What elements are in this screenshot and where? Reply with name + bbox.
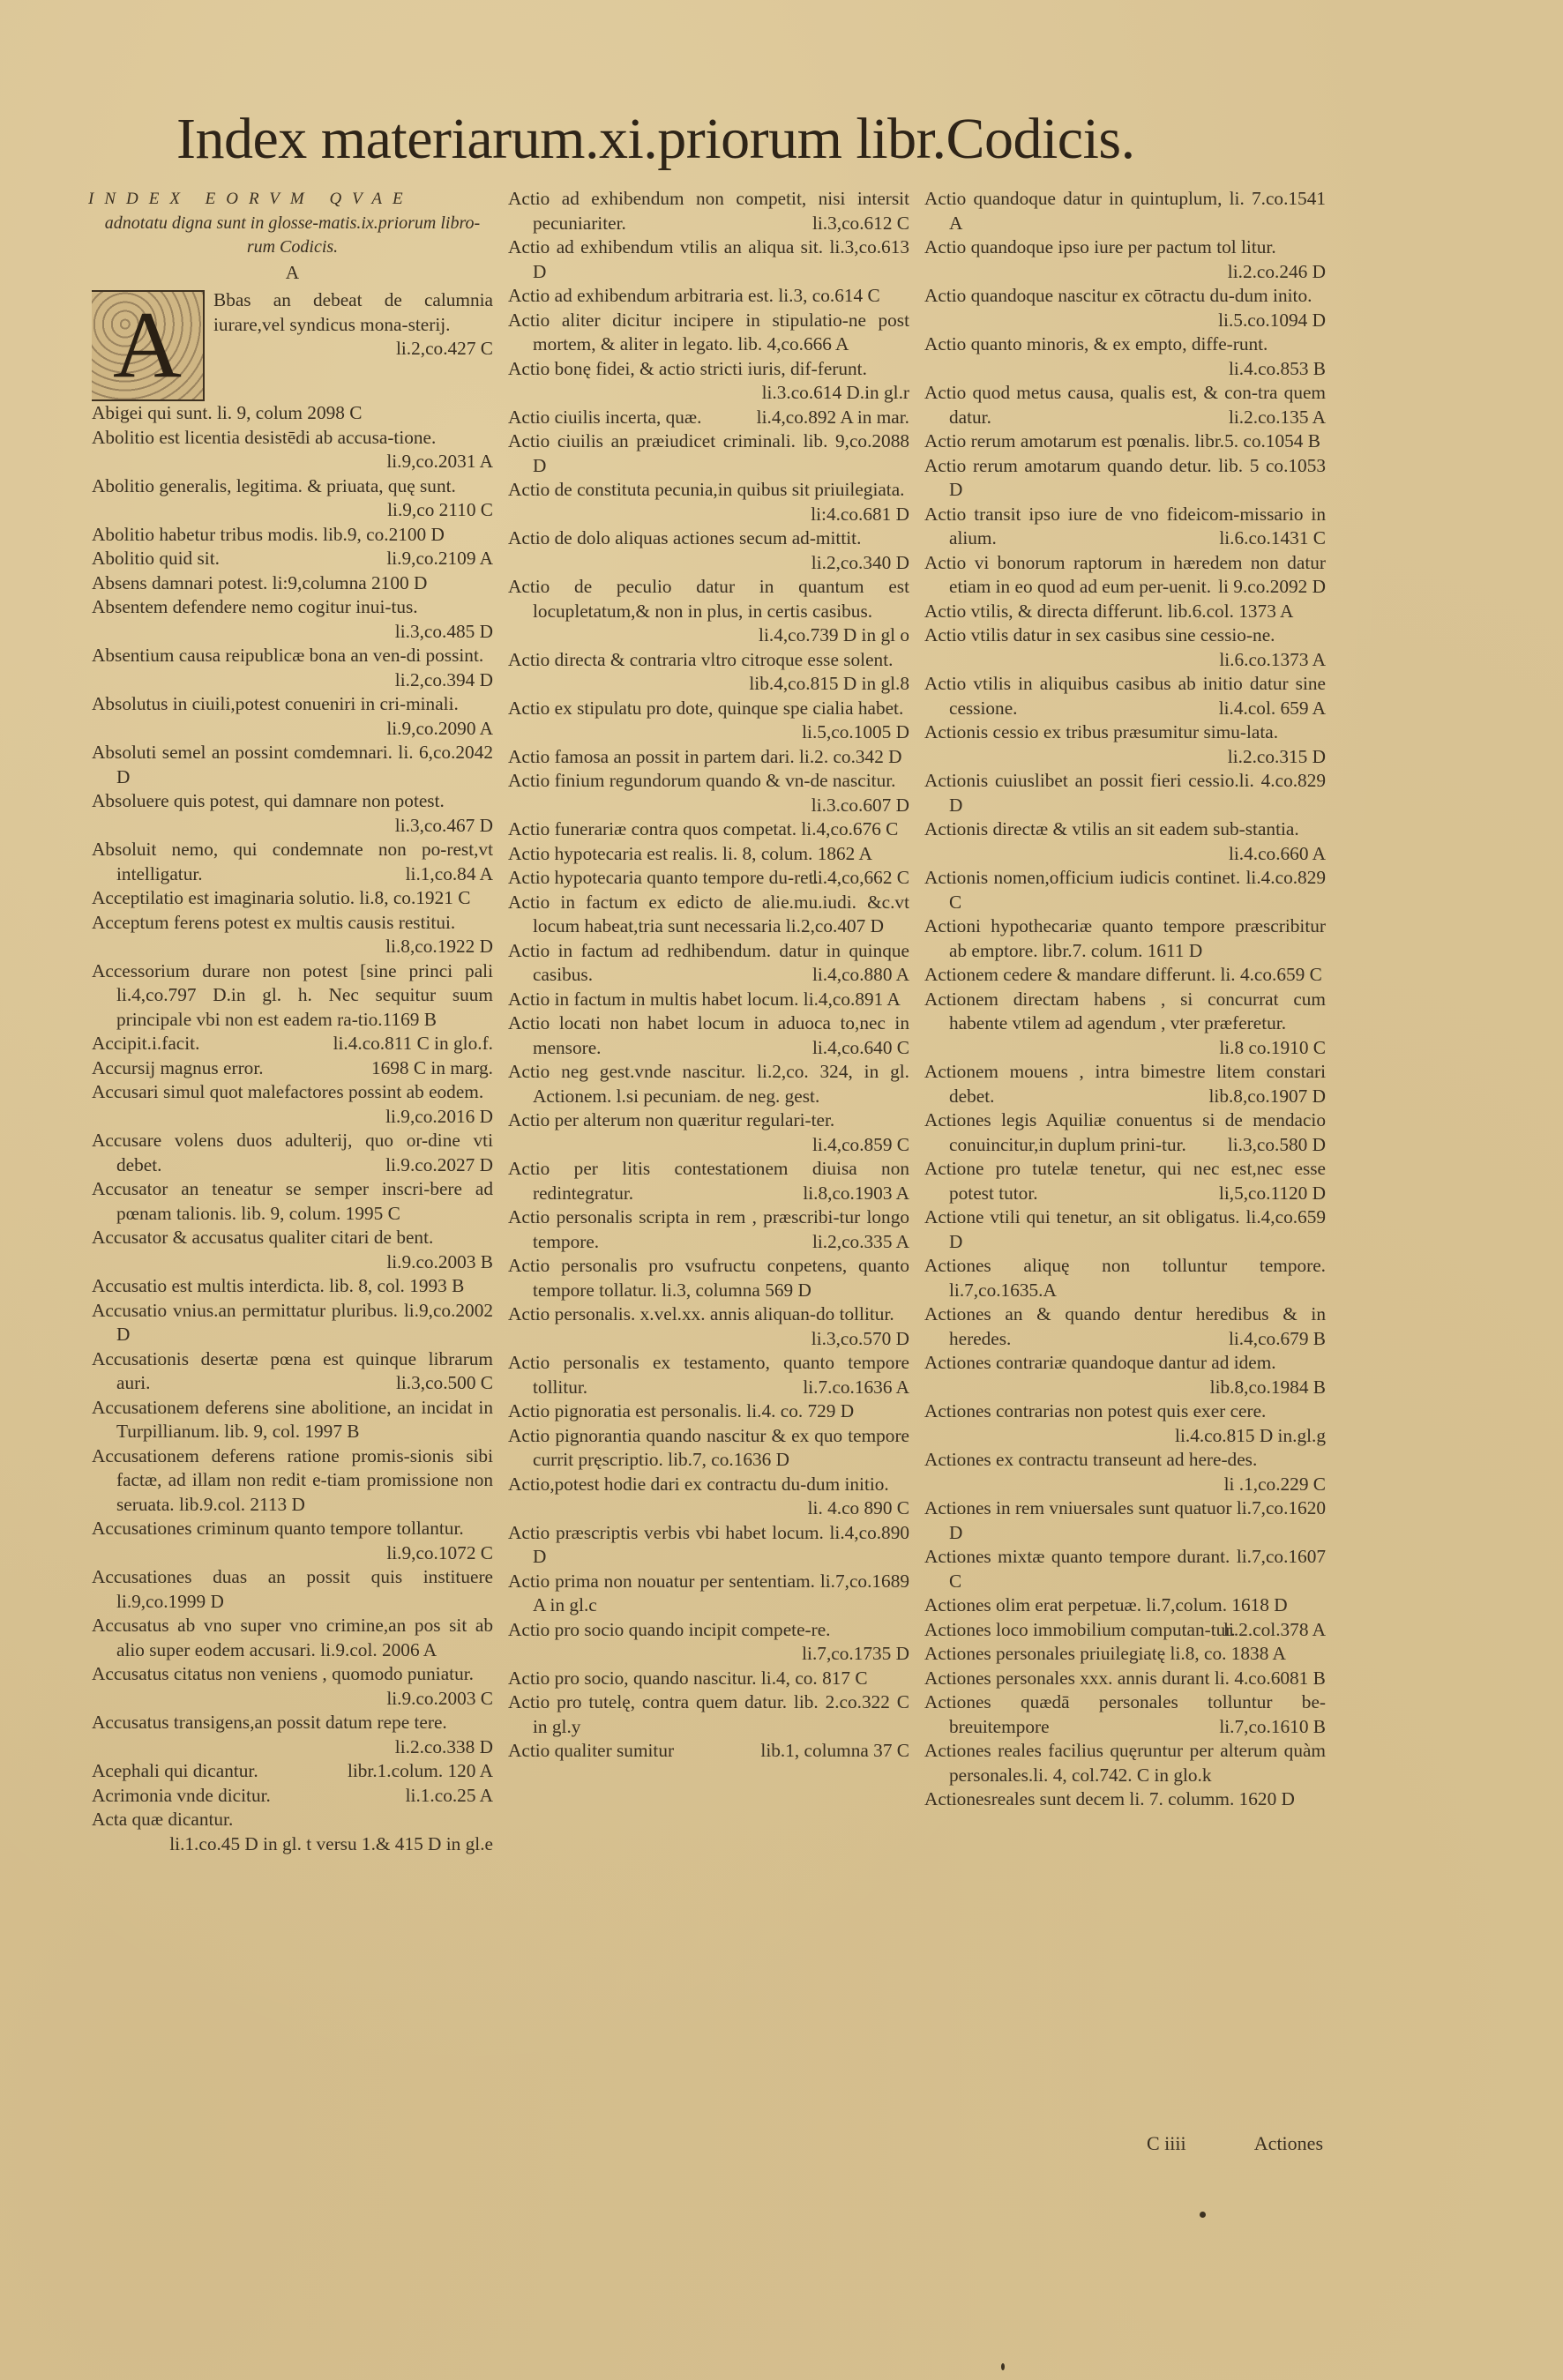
index-entry: Actiones loco immobilium computan-tur. l… xyxy=(924,1618,1326,1643)
index-entry: Actio in factum in multis habet locum. l… xyxy=(508,988,909,1012)
entry-reference: li.3.co.607 D xyxy=(836,794,909,818)
entry-text: Actiones reales facilius quęruntur per a… xyxy=(924,1740,1326,1786)
index-entry: Actio personalis. x.vel.xx. annis aliqua… xyxy=(508,1302,909,1351)
entry-list: Abolitio est licentia desistēdi ab accus… xyxy=(92,426,493,1857)
index-entry: Accusatus citatus non veniens , quomodo … xyxy=(92,1662,493,1711)
index-entry: Actio personalis scripta in rem , præscr… xyxy=(508,1205,909,1254)
entry-text: Actiones personales xxx. annis durant li… xyxy=(924,1667,1326,1689)
index-entry: Accusari simul quot malefactores possint… xyxy=(92,1080,493,1129)
entry-text: Actio rerum amotarum quando detur. lib. … xyxy=(924,455,1326,501)
entry-reference: li.4,co.640 C xyxy=(837,1036,909,1061)
entry-text: Actiones ex contractu transeunt ad here-… xyxy=(924,1449,1257,1470)
entry-text: Actio quanto minoris, & ex empto, diffe-… xyxy=(924,333,1268,354)
entry-text: Absolutus in ciuili,potest conueniri in … xyxy=(92,693,459,714)
index-entry: Actionesreales sunt decem li. 7. columm.… xyxy=(924,1787,1326,1812)
entry-text: Actio quandoque datur in quintuplum, li.… xyxy=(924,188,1326,234)
entry-text: Actioni hypothecariæ quanto tempore præs… xyxy=(924,915,1326,961)
index-entry: Actio ex stipulatu pro dote, quinque spe… xyxy=(508,697,909,745)
index-entry: Absentium causa reipublicæ bona an ven-d… xyxy=(92,644,493,692)
index-column-3: Actio quandoque datur in quintuplum, li.… xyxy=(924,187,1326,1812)
entry-text: Actio ad exhibendum vtilis an aliqua sit… xyxy=(508,236,909,282)
entry-reference: li.4,co.880 A xyxy=(837,963,909,988)
decorated-initial-icon: A xyxy=(92,290,205,401)
entry-text: Actio ad exhibendum arbitraria est. li.3… xyxy=(508,285,880,306)
entry-text: Abolitio quid sit. xyxy=(92,548,220,569)
entry-reference: li.7,co.1610 B xyxy=(1244,1715,1326,1740)
entry-text: Accipit.i.facit. xyxy=(92,1033,199,1054)
entry-reference: li.4.co.853 B xyxy=(1253,357,1326,382)
entry-text: Actionis cessio ex tribus præsumitur sim… xyxy=(924,721,1278,742)
entry-text: Accursij magnus error. xyxy=(92,1057,264,1078)
entry-text: Accusatio vnius.an permittatur pluribus.… xyxy=(92,1300,493,1346)
entry-reference: li.3,co.467 D xyxy=(420,814,493,839)
entry-reference: li.4.co.811 C in glo.f. xyxy=(358,1032,493,1056)
entry-text: Actio qualiter sumitur xyxy=(508,1740,674,1761)
index-entry: Accusationem deferens sine abolitione, a… xyxy=(92,1396,493,1444)
entry-reference: li .1,co.229 C xyxy=(1249,1473,1326,1497)
index-entry: Actiones ex contractu transeunt ad here-… xyxy=(924,1448,1326,1496)
entry-text: Accusator an teneatur se semper inscri-b… xyxy=(92,1178,493,1224)
entry-text: Actio pro socio, quando nascitur. li.4, … xyxy=(508,1667,868,1689)
entry-text: Actiones personales priuilegiatę li.8, c… xyxy=(924,1643,1286,1664)
entry-reference: li.2.co.315 D xyxy=(1253,745,1326,770)
index-entry: Actio ad exhibendum vtilis an aliqua sit… xyxy=(508,235,909,284)
heading-caps: INDEX EORVM QVAE xyxy=(88,187,493,212)
index-entry: Absoluit nemo, qui condemnate non po-res… xyxy=(92,838,493,886)
index-entry: Actio de dolo aliquas actiones secum ad-… xyxy=(508,526,909,575)
entry-reference: li.7.co.1636 A xyxy=(827,1376,909,1400)
entry-reference: li.3,co.500 C xyxy=(421,1371,493,1396)
entry-reference: li.9,co.2031 A xyxy=(411,450,493,474)
entry-text: Acceptilatio est imaginaria solutio. li.… xyxy=(92,887,470,908)
index-entry: Actiones in rem vniuersales sunt quatuor… xyxy=(924,1496,1326,1545)
entry-text: Actio bonę fidei, & actio stricti iuris,… xyxy=(508,358,867,379)
entry-text: Acrimonia vnde dicitur. xyxy=(92,1785,271,1806)
entry-text: Actiones olim erat perpetuæ. li.7,colum.… xyxy=(924,1594,1288,1615)
index-entry: Acephali qui dicantur. libr.1.colum. 120… xyxy=(92,1759,493,1784)
entry-text: Actio rerum amotarum est pœnalis. libr.5… xyxy=(924,430,1320,451)
entry-reference: li.3,co.580 D xyxy=(1253,1133,1326,1158)
entry-reference: li.9,co 2110 C xyxy=(412,498,493,523)
entry-reference: li. 4.co 890 C xyxy=(833,1496,909,1521)
index-entry: Accusatus ab vno super vno crimine,an po… xyxy=(92,1614,493,1662)
index-entry: Actio de constituta pecunia,in quibus si… xyxy=(508,478,909,526)
entry-text: Accusationes criminum quanto tempore tol… xyxy=(92,1518,464,1539)
entry-reference: li.2.co.246 D xyxy=(1253,260,1326,285)
entry-reference: li.9.co.2003 B xyxy=(411,1250,493,1275)
index-entry: Accessorium durare non potest [sine prin… xyxy=(92,959,493,1033)
entry-text: Accusationes duas an possit quis institu… xyxy=(92,1566,493,1612)
paper-speck xyxy=(1200,2212,1206,2218)
index-entry: Actiones aliquę non tolluntur tempore. l… xyxy=(924,1254,1326,1302)
entry-reference: li.4,co,662 C xyxy=(837,866,909,891)
index-entry: Acrimonia vnde dicitur. li.1.co.25 A xyxy=(92,1784,493,1809)
index-entry: Actio per alterum non quæritur regulari-… xyxy=(508,1108,909,1157)
entry-reference: li.7,co.1735 D xyxy=(826,1642,909,1667)
index-entry: Accusationis desertæ pœna est quinque li… xyxy=(92,1347,493,1396)
index-entry: Actio quandoque ipso iure per pactum tol… xyxy=(924,235,1326,284)
entry-text: Actiones aliquę non tolluntur tempore. l… xyxy=(924,1255,1326,1301)
entry-text: Actio directa & contraria vltro citroque… xyxy=(508,649,893,670)
entry-reference: li.2,co.394 D xyxy=(420,668,493,693)
entry-reference: li.2,co.335 A xyxy=(837,1230,909,1255)
index-entry: Actio vtilis datur in sex casibus sine c… xyxy=(924,623,1326,672)
index-entry: Actione pro tutelæ tenetur, qui nec est,… xyxy=(924,1157,1326,1205)
index-entry: Actio locati non habet locum in aduoca t… xyxy=(508,1011,909,1060)
index-entry: Actio in factum ex edicto de alie.mu.iud… xyxy=(508,891,909,939)
index-entry: Actio bonę fidei, & actio stricti iuris,… xyxy=(508,357,909,406)
index-entry: Actio quod metus causa, qualis est, & co… xyxy=(924,381,1326,429)
entry-reference: li.1.co.45 D in gl. t versu 1.& 415 D in… xyxy=(194,1832,493,1857)
entry-text: Actio famosa an possit in partem dari. l… xyxy=(508,746,902,767)
index-entry: Abolitio est licentia desistēdi ab accus… xyxy=(92,426,493,474)
entry-text: Accessorium durare non potest [sine prin… xyxy=(92,960,493,1030)
index-entry: Accusatus transigens,an possit datum rep… xyxy=(92,1711,493,1759)
entry-text: Accusator & accusatus qualiter citari de… xyxy=(92,1227,433,1248)
entry-text: Actio præscriptis verbis vbi habet locum… xyxy=(508,1522,909,1568)
index-entry: Accusatio est multis interdicta. lib. 8,… xyxy=(92,1274,493,1299)
signature-mark: C iiii xyxy=(1147,2132,1186,2155)
entry-text: Accusari simul quot malefactores possint… xyxy=(92,1081,483,1102)
index-entry: Actio vtilis in aliquibus casibus ab ini… xyxy=(924,672,1326,720)
entry-reference: li.4,co.892 A in mar. xyxy=(781,406,909,430)
entry-text: Actio pignorantia quando nascitur & ex q… xyxy=(508,1425,909,1471)
index-entry: Abolitio habetur tribus modis. lib.9, co… xyxy=(92,523,493,548)
entry-text: Absoluti semel an possint comdemnari. li… xyxy=(92,742,493,787)
entry-reference: li.2.co.338 D xyxy=(420,1735,493,1760)
entry-reference: li.3.co.614 D.in gl.r xyxy=(787,381,909,406)
entry-text: Accusationem deferens sine abolitione, a… xyxy=(92,1397,493,1443)
entry-reference: li.4,co.859 C xyxy=(837,1133,909,1158)
index-entry: Actio aliter dicitur incipere in stipula… xyxy=(508,309,909,357)
index-entry: Abigei qui sunt. li. 9, colum 2098 C xyxy=(92,401,493,426)
entry-text: Accusatio est multis interdicta. lib. 8,… xyxy=(92,1275,464,1296)
index-entry: Actio personalis ex testamento, quanto t… xyxy=(508,1351,909,1399)
index-entry: Accipit.i.facit. li.4.co.811 C in glo.f. xyxy=(92,1032,493,1056)
index-entry: Actiones personales priuilegiatę li.8, c… xyxy=(924,1642,1326,1667)
entry-text: Acceptum ferens potest ex multis causis … xyxy=(92,912,455,933)
entry-text: Actiones in rem vniuersales sunt quatuor… xyxy=(924,1497,1326,1543)
entry-text: Actio vtilis datur in sex casibus sine c… xyxy=(924,624,1275,645)
entry-text: Actionem cedere & mandare differunt. li.… xyxy=(924,964,1322,985)
entry-text: Acta quæ dicantur. xyxy=(92,1809,233,1830)
entry-text: Abolitio habetur tribus modis. lib.9, co… xyxy=(92,524,445,545)
entry-text: Actio hypotecaria quanto tempore du-ret. xyxy=(508,867,819,888)
index-entry: Actio hypotecaria est realis. li. 8, col… xyxy=(508,842,909,867)
index-entry: Actio hypotecaria quanto tempore du-ret.… xyxy=(508,866,909,891)
index-entry: Actionis cuiuslibet an possit fieri cess… xyxy=(924,769,1326,817)
entry-list: Actio quandoque datur in quintuplum, li.… xyxy=(924,187,1326,1812)
index-column-1: INDEX EORVM QVAE adnotatu digna sunt in … xyxy=(92,187,493,1856)
entry-text: Absoluere quis potest, qui damnare non p… xyxy=(92,790,445,811)
index-entry: Actiones an & quando dentur heredibus & … xyxy=(924,1302,1326,1351)
index-entry: Accusatio vnius.an permittatur pluribus.… xyxy=(92,1299,493,1347)
entry-text: Actio de constituta pecunia,in quibus si… xyxy=(508,479,905,500)
index-entry: Abolitio quid sit. li.9,co.2109 A xyxy=(92,547,493,571)
index-entry: Actio pignoratia est personalis. li.4. c… xyxy=(508,1399,909,1424)
index-entry: Actio ciuilis incerta, quæ. li.4,co.892 … xyxy=(508,406,909,430)
index-entry: Absoluti semel an possint comdemnari. li… xyxy=(92,741,493,789)
entry-reference: li.6.co.1431 C xyxy=(1244,526,1326,551)
entry-reference: lib.8,co.1984 B xyxy=(1235,1376,1326,1400)
entry-reference: li.2,co.340 D xyxy=(836,551,909,576)
index-entry: Actiones personales xxx. annis durant li… xyxy=(924,1667,1326,1691)
index-entry: Actio per litis contestationem diuisa no… xyxy=(508,1157,909,1205)
entry-list: Actio ad exhibendum non competit, nisi i… xyxy=(508,187,909,1764)
entry-text: Actio ex stipulatu pro dote, quinque spe… xyxy=(508,698,903,719)
entry-text: Accusatus transigens,an possit datum rep… xyxy=(92,1712,447,1733)
entry-reference: li.3,co.485 D xyxy=(420,620,493,645)
entry-reference: li.2.col.378 A xyxy=(1248,1618,1326,1643)
index-entry: Acta quæ dicantur. li.1.co.45 D in gl. t… xyxy=(92,1808,493,1856)
index-entry: Accusationes criminum quanto tempore tol… xyxy=(92,1517,493,1565)
entry-text: Actio vtilis, & directa differunt. lib.6… xyxy=(924,601,1293,622)
index-entry: Actiones mixtæ quanto tempore durant. li… xyxy=(924,1545,1326,1593)
index-entry: Actio famosa an possit in partem dari. l… xyxy=(508,745,909,770)
index-entry: Actionem cedere & mandare differunt. li.… xyxy=(924,963,1326,988)
entry-text: Actio in factum in multis habet locum. l… xyxy=(508,989,901,1010)
index-entry: Actio quanto minoris, & ex empto, diffe-… xyxy=(924,332,1326,381)
entry-text: Accusationem deferens ratione promis-sio… xyxy=(92,1445,493,1515)
entry-reference: li.4.co.815 D in.gl.g xyxy=(1200,1424,1326,1449)
index-entry: Actiones legis Aquiliæ conuentus si de m… xyxy=(924,1108,1326,1157)
entry-reference: li.4,co.739 D in gl o xyxy=(783,623,909,648)
index-entry: Acceptum ferens potest ex multis causis … xyxy=(92,911,493,959)
index-entry: Actio rerum amotarum est pœnalis. libr.5… xyxy=(924,429,1326,454)
page-title: Index materiarum.xi.priorum libr.Codicis… xyxy=(176,104,1279,175)
index-heading: INDEX EORVM QVAE adnotatu digna sunt in … xyxy=(92,187,493,285)
decorated-initial-block: A Bbas an debeat de calumnia iurare,vel … xyxy=(92,288,493,426)
index-entry: Abolitio generalis, legitima. & priuata,… xyxy=(92,474,493,523)
entry-text: Actio finium regundorum quando & vn-de n… xyxy=(508,770,895,791)
index-entry: Actioni hypothecariæ quanto tempore præs… xyxy=(924,914,1326,963)
entry-text: Actio personalis. x.vel.xx. annis aliqua… xyxy=(508,1303,894,1324)
index-entry: Actio prima non nouatur per sententiam. … xyxy=(508,1570,909,1618)
index-entry: Actionis nomen,officium iudicis continet… xyxy=(924,866,1326,914)
entry-text: Actio pro tutelę, contra quem datur. lib… xyxy=(508,1691,909,1737)
index-entry: Absentem defendere nemo cogitur inui-tus… xyxy=(92,595,493,644)
heading-subtitle: adnotatu digna sunt in glosse-matis.ix.p… xyxy=(92,212,493,259)
entry-reference: li.5.co.1094 D xyxy=(1243,309,1326,333)
entry-text: Actio neg gest.vnde nascitur. li.2,co. 3… xyxy=(508,1061,909,1107)
entry-reference: li.9.co.2003 C xyxy=(411,1687,493,1712)
entry-text: Abolitio est licentia desistēdi ab accus… xyxy=(92,427,436,448)
entry-text: Actio in factum ex edicto de alie.mu.iud… xyxy=(508,892,909,937)
index-entry: Actio in factum ad redhibendum. datur in… xyxy=(508,939,909,988)
entry-text: Accusatus ab vno super vno crimine,an po… xyxy=(92,1615,493,1660)
entry-reference: li.9,co.2090 A xyxy=(411,717,493,742)
entry-text: Actio ciuilis incerta, quæ. xyxy=(508,407,701,428)
entry-text: Actionis directæ & vtilis an sit eadem s… xyxy=(924,818,1299,839)
entry-text: Actionem directam habens , si concurrat … xyxy=(924,989,1326,1034)
index-entry: Absoluere quis potest, qui damnare non p… xyxy=(92,789,493,838)
entry-text: Abolitio generalis, legitima. & priuata,… xyxy=(92,475,456,496)
entry-text: Actio per alterum non quæritur regulari-… xyxy=(508,1109,834,1130)
index-column-2: Actio ad exhibendum non competit, nisi i… xyxy=(508,187,909,1764)
entry-reference: li.1.co.25 A xyxy=(430,1784,493,1809)
index-entry: Actiones contrarias non potest quis exer… xyxy=(924,1399,1326,1448)
entry-reference: li.8 co.1910 C xyxy=(1244,1036,1326,1061)
index-entry: Accursij magnus error. 1698 C in marg. xyxy=(92,1056,493,1081)
index-entry: Actiones contrariæ quandoque dantur ad i… xyxy=(924,1351,1326,1399)
catchword: Actiones xyxy=(1254,2132,1323,2155)
entry-reference: li.5,co.1005 D xyxy=(826,720,909,745)
index-entry: Actio,potest hodie dari ex contractu du-… xyxy=(508,1473,909,1521)
entry-reference: lib.4,co.815 D in gl.8 xyxy=(774,672,909,697)
index-entry: Actio neg gest.vnde nascitur. li.2,co. 3… xyxy=(508,1060,909,1108)
index-entry: Accusator & accusatus qualiter citari de… xyxy=(92,1226,493,1274)
entry-reference: li.4,co.679 B xyxy=(1253,1327,1326,1352)
entry-text: Actio de peculio datur in quantum est lo… xyxy=(508,576,909,622)
index-entry: Absolutus in ciuili,potest conueniri in … xyxy=(92,692,493,741)
section-letter: A xyxy=(92,261,493,286)
entry-text: Actio personalis pro vsufructu conpetens… xyxy=(508,1255,909,1301)
entry-reference: li.3,co.570 D xyxy=(836,1327,909,1352)
entry-reference: 1698 C in marg. xyxy=(396,1056,493,1081)
index-entry: Actio pro tutelę, contra quem datur. lib… xyxy=(508,1690,909,1739)
index-entry: Accusare volens duos adulterij, quo or-d… xyxy=(92,1129,493,1177)
entry-text: Absentem defendere nemo cogitur inui-tus… xyxy=(92,596,418,617)
index-entry: Actio funerariæ contra quos competat. li… xyxy=(508,817,909,842)
entry-text: Actio hypotecaria est realis. li. 8, col… xyxy=(508,843,872,864)
index-entry: Actio quandoque nascitur ex cōtractu du-… xyxy=(924,284,1326,332)
entry-text: Actio ciuilis an præiudicet criminali. l… xyxy=(508,430,909,476)
entry-reference: li.8,co.1903 A xyxy=(827,1182,909,1206)
paper-speck xyxy=(1001,2363,1005,2370)
index-entry: Actione vtili qui tenetur, an sit obliga… xyxy=(924,1205,1326,1254)
index-entry: Actiones reales facilius quęruntur per a… xyxy=(924,1739,1326,1787)
index-entry: Actio transit ipso iure de vno fideicom-… xyxy=(924,503,1326,551)
entry-text: Actiones loco immobilium computan-tur. xyxy=(924,1619,1236,1640)
index-entry: Actio finium regundorum quando & vn-de n… xyxy=(508,769,909,817)
index-entry: Actio ad exhibendum arbitraria est. li.3… xyxy=(508,284,909,309)
entry-text: Actionesreales sunt decem li. 7. columm.… xyxy=(924,1788,1295,1809)
index-entry: Actio de peculio datur in quantum est lo… xyxy=(508,575,909,648)
entry-reference: li.3,co.612 C xyxy=(837,212,909,236)
entry-text: Absens damnari potest. li:9,columna 2100… xyxy=(92,572,427,593)
entry-text: Absentium causa reipublicæ bona an ven-d… xyxy=(92,645,483,666)
entry-text: Actio de dolo aliquas actiones secum ad-… xyxy=(508,527,861,548)
entry-reference: li.8,co.1922 D xyxy=(410,935,493,959)
index-entry: Actio ciuilis an præiudicet criminali. l… xyxy=(508,429,909,478)
entry-reference: lib.8,co.1907 D xyxy=(1233,1085,1326,1109)
index-entry: Actionis directæ & vtilis an sit eadem s… xyxy=(924,817,1326,866)
index-entry: Actio pignorantia quando nascitur & ex q… xyxy=(508,1424,909,1473)
entry-text: Actio funerariæ contra quos competat. li… xyxy=(508,818,898,839)
index-entry: Accusationes duas an possit quis institu… xyxy=(92,1565,493,1614)
entry-reference: li.2.co.135 A xyxy=(1253,406,1326,430)
index-entry: Accusationem deferens ratione promis-sio… xyxy=(92,1444,493,1518)
entry-reference: li.6.co.1373 A xyxy=(1244,648,1326,673)
index-entry: Actio qualiter sumitur lib.1, columna 37… xyxy=(508,1739,909,1764)
entry-reference: lib.1, columna 37 C xyxy=(785,1739,909,1764)
entry-text: Accusatus citatus non veniens , quomodo … xyxy=(92,1663,474,1684)
entry-reference: li.1,co.84 A xyxy=(430,862,493,887)
page-footer: C iiii Actiones xyxy=(1147,2132,1323,2155)
initial-letter: A xyxy=(92,292,203,399)
entry-text: Actio quandoque ipso iure per pactum tol… xyxy=(924,236,1276,257)
entry-text: Actiones mixtæ quanto tempore durant. li… xyxy=(924,1546,1326,1592)
index-entry: Actionis cessio ex tribus præsumitur sim… xyxy=(924,720,1326,769)
index-entry: Actio pro socio quando incipit compete-r… xyxy=(508,1618,909,1667)
entry-text: Actiones contrariæ quandoque dantur ad i… xyxy=(924,1352,1276,1373)
index-entry: Actiones quædā personales tolluntur be-b… xyxy=(924,1690,1326,1739)
entry-text: Acephali qui dicantur. xyxy=(92,1760,258,1781)
entry-text: Actio prima non nouatur per sententiam. … xyxy=(508,1571,909,1616)
index-entry: Actio præscriptis verbis vbi habet locum… xyxy=(508,1521,909,1570)
index-entry: Actio pro socio, quando nascitur. li.4, … xyxy=(508,1667,909,1691)
entry-reference: li 9.co.2092 D xyxy=(1243,575,1326,600)
entry-text: Actio quandoque nascitur ex cōtractu du-… xyxy=(924,285,1312,306)
entry-text: Actiones contrarias non potest quis exer… xyxy=(924,1400,1266,1421)
entry-text: Actionis nomen,officium iudicis continet… xyxy=(924,867,1326,913)
entry-text: Actione vtili qui tenetur, an sit obliga… xyxy=(924,1206,1326,1252)
entry-reference: li.9,co.1072 C xyxy=(411,1541,493,1566)
index-entry: Actionem directam habens , si concurrat … xyxy=(924,988,1326,1061)
entry-reference: li:4.co.681 D xyxy=(835,503,909,527)
entry-text: Actio,potest hodie dari ex contractu du-… xyxy=(508,1474,889,1495)
entry-reference: li,5,co.1120 D xyxy=(1244,1182,1326,1206)
index-entry: Absens damnari potest. li:9,columna 2100… xyxy=(92,571,493,596)
entry-text: Actio pro socio quando incipit compete-r… xyxy=(508,1619,831,1640)
entry-reference: li.4.co.660 A xyxy=(1253,842,1326,867)
entry-reference: li.9,co.2016 D xyxy=(410,1105,493,1130)
entry-reference: li.9.co.2027 D xyxy=(410,1153,493,1178)
entry-text: Actionis cuiuslibet an possit fieri cess… xyxy=(924,770,1326,816)
entry-text: Actio aliter dicitur incipere in stipula… xyxy=(508,310,909,355)
index-entry: Actio quandoque datur in quintuplum, li.… xyxy=(924,187,1326,235)
index-entry: Actio personalis pro vsufructu conpetens… xyxy=(508,1254,909,1302)
entry-reference: li.4.col. 659 A xyxy=(1244,697,1326,721)
index-entry: Actio vtilis, & directa differunt. lib.6… xyxy=(924,600,1326,624)
index-entry: Actionem mouens , intra bimestre litem c… xyxy=(924,1060,1326,1108)
index-entry: Acceptilatio est imaginaria solutio. li.… xyxy=(92,886,493,911)
entry-reference: libr.1.colum. 120 A xyxy=(372,1759,493,1784)
index-entry: Actio ad exhibendum non competit, nisi i… xyxy=(508,187,909,235)
index-entry: Actio directa & contraria vltro citroque… xyxy=(508,648,909,697)
index-entry: Actio vi bonorum raptorum in hæredem non… xyxy=(924,551,1326,600)
index-entry: Accusator an teneatur se semper inscri-b… xyxy=(92,1177,493,1226)
index-entry: Actiones olim erat perpetuæ. li.7,colum.… xyxy=(924,1593,1326,1618)
index-entry: Actio rerum amotarum quando detur. lib. … xyxy=(924,454,1326,503)
entry-text: Actio pignoratia est personalis. li.4. c… xyxy=(508,1400,854,1421)
entry-reference: li.9,co.2109 A xyxy=(411,547,493,571)
